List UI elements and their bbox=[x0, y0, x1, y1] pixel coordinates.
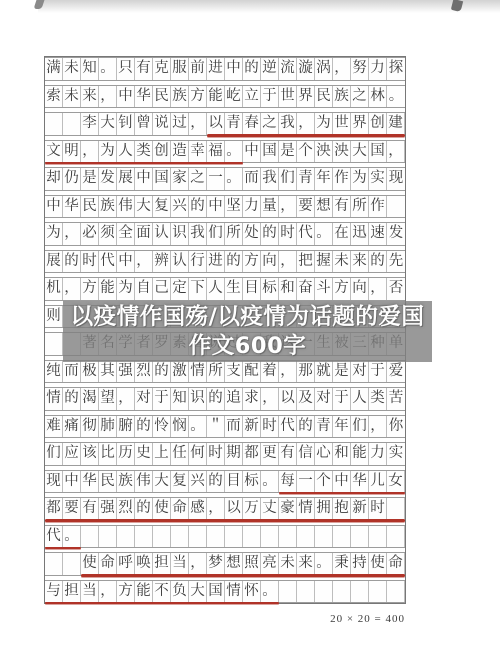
grid-cell: 中 bbox=[63, 471, 81, 493]
grid-cell: 们 bbox=[45, 443, 63, 465]
grid-cell: 兴 bbox=[171, 196, 189, 218]
grid-cell: 望 bbox=[99, 388, 117, 410]
grid-cell bbox=[387, 196, 405, 218]
grid-cell: 想 bbox=[315, 196, 333, 218]
grid-cell: 华 bbox=[135, 86, 153, 108]
grid-cell: 一 bbox=[297, 471, 315, 493]
grid-cell: ， bbox=[387, 141, 405, 163]
grid-cell: 唤 bbox=[135, 553, 153, 575]
grid-cell: 必 bbox=[81, 223, 99, 245]
grid-cell: 目 bbox=[243, 278, 261, 300]
grid-cell: ， bbox=[279, 361, 297, 383]
grid-cell: 时 bbox=[207, 443, 225, 465]
grid-cell: 生 bbox=[225, 278, 243, 300]
grid-cell: 极 bbox=[81, 361, 99, 383]
grid-cell: 目 bbox=[225, 471, 243, 493]
grid-cell: 使 bbox=[153, 498, 171, 520]
grid-cell: 现 bbox=[45, 471, 63, 493]
grid-cell: 我 bbox=[261, 168, 279, 190]
teacher-red-underline bbox=[279, 492, 405, 495]
grid-cell: 不 bbox=[153, 581, 171, 603]
grid-cell: 的 bbox=[63, 251, 81, 273]
grid-cell: 。 bbox=[261, 581, 279, 603]
grid-cell: 年 bbox=[333, 416, 351, 438]
grid-cell: 迅 bbox=[351, 223, 369, 245]
grid-cell: 激 bbox=[171, 361, 189, 383]
grid-cell: 万 bbox=[243, 498, 261, 520]
grid-cell: 族 bbox=[333, 86, 351, 108]
grid-cell: 以 bbox=[225, 498, 243, 520]
grid-cell: 要 bbox=[63, 498, 81, 520]
grid-cell: 认 bbox=[171, 251, 189, 273]
grid-cell: 期 bbox=[225, 443, 243, 465]
grid-cell: 为 bbox=[117, 278, 135, 300]
essay-row: 文明，为人类创造幸福。中国是个泱泱大国， bbox=[45, 140, 405, 164]
grid-cell: 屹 bbox=[225, 86, 243, 108]
grid-cell bbox=[387, 581, 405, 603]
top-edge-shadow bbox=[38, 0, 500, 13]
grid-cell: 代 bbox=[279, 416, 297, 438]
essay-row: 们应该比历史上任何时期都更有信心和能力实 bbox=[45, 442, 405, 466]
grid-cell: 我 bbox=[279, 113, 297, 135]
grid-cell: 奋 bbox=[297, 278, 315, 300]
overlay-title-line2: 作文600字 bbox=[189, 332, 306, 361]
grid-cell: 造 bbox=[171, 141, 189, 163]
grid-cell: 。 bbox=[225, 141, 243, 163]
grid-cell: 的 bbox=[243, 58, 261, 80]
grid-cell: 世 bbox=[333, 113, 351, 135]
grid-cell: 未 bbox=[279, 553, 297, 575]
essay-row: 李大钊曾说过，以青春之我，为世界创建 bbox=[45, 112, 405, 136]
grid-cell: 向 bbox=[261, 251, 279, 273]
essay-row: 中华民族伟大复兴的中坚力量，要想有所作 bbox=[45, 195, 405, 219]
grid-cell: 担 bbox=[153, 553, 171, 575]
grid-cell: 大 bbox=[189, 581, 207, 603]
grid-cell: 使 bbox=[369, 553, 387, 575]
grid-cell: 全 bbox=[117, 223, 135, 245]
grid-cell: 代 bbox=[99, 251, 117, 273]
grid-cell: 所 bbox=[225, 223, 243, 245]
grid-cell: 民 bbox=[99, 471, 117, 493]
grid-cell: 于 bbox=[261, 86, 279, 108]
grid-cell: ， bbox=[63, 223, 81, 245]
grid-cell: 速 bbox=[369, 223, 387, 245]
grid-cell: 否 bbox=[387, 278, 405, 300]
grid-cell bbox=[81, 526, 99, 548]
grid-cell: 克 bbox=[153, 58, 171, 80]
grid-cell: 中 bbox=[225, 58, 243, 80]
grid-cell: 而 bbox=[243, 168, 261, 190]
overlay-title-line1: 以疫情作国殇/以疫情为话题的爱国 bbox=[71, 303, 425, 332]
essay-row: 为，必须全面认识我们所处的时代。在迅速发 bbox=[45, 222, 405, 246]
grid-cell: 知 bbox=[171, 388, 189, 410]
grid-cell: 处 bbox=[243, 223, 261, 245]
grid-cell: 以 bbox=[279, 388, 297, 410]
grid-cell: 发 bbox=[99, 168, 117, 190]
grid-cell: ， bbox=[189, 553, 207, 575]
grid-cell: 的 bbox=[135, 498, 153, 520]
grid-cell: 持 bbox=[351, 553, 369, 575]
grid-cell: 来 bbox=[351, 251, 369, 273]
grid-cell: 未 bbox=[63, 86, 81, 108]
grid-cell bbox=[99, 526, 117, 548]
grid-cell: ， bbox=[135, 251, 153, 273]
grid-cell: 逆 bbox=[261, 58, 279, 80]
grid-cell: 怜 bbox=[153, 416, 171, 438]
grid-cell: 比 bbox=[99, 443, 117, 465]
grid-cell: 着 bbox=[261, 361, 279, 383]
teacher-red-underline bbox=[81, 574, 405, 577]
grid-cell: 探 bbox=[387, 58, 405, 80]
grid-cell bbox=[225, 526, 243, 548]
essay-row: 展的时代中，辨认行进的方向，把握未来的先 bbox=[45, 250, 405, 274]
grid-cell: 年 bbox=[315, 168, 333, 190]
grid-cell: 过 bbox=[171, 113, 189, 135]
grid-cell: 人 bbox=[117, 141, 135, 163]
grid-cell: 时 bbox=[261, 416, 279, 438]
grid-cell: 方 bbox=[243, 251, 261, 273]
grid-cell: 。 bbox=[261, 471, 279, 493]
grid-cell: 国 bbox=[207, 581, 225, 603]
grid-cell: 一 bbox=[207, 168, 225, 190]
grid-cell: 中 bbox=[207, 196, 225, 218]
grid-cell: 下 bbox=[189, 278, 207, 300]
grid-cell: 华 bbox=[63, 196, 81, 218]
grid-cell: 担 bbox=[63, 581, 81, 603]
grid-cell: 立 bbox=[243, 86, 261, 108]
grid-cell: 泱 bbox=[333, 141, 351, 163]
grid-cell: 痛 bbox=[63, 416, 81, 438]
grid-cell: 认 bbox=[153, 223, 171, 245]
grid-cell: 的 bbox=[297, 416, 315, 438]
grid-cell: 进 bbox=[207, 58, 225, 80]
grid-cell bbox=[117, 526, 135, 548]
grid-cell bbox=[279, 526, 297, 548]
grid-cell: 能 bbox=[135, 581, 153, 603]
grid-cell: 想 bbox=[225, 553, 243, 575]
grid-cell: 界 bbox=[297, 86, 315, 108]
grid-cell: ， bbox=[279, 251, 297, 273]
grid-cell: 涡 bbox=[315, 58, 333, 80]
grid-cell: 华 bbox=[351, 471, 369, 493]
grid-cell: 伟 bbox=[135, 471, 153, 493]
paper-capacity-label: 20 × 20 = 400 bbox=[330, 613, 405, 625]
grid-cell: 中 bbox=[45, 196, 63, 218]
grid-cell: 负 bbox=[171, 581, 189, 603]
grid-cell: 量 bbox=[261, 196, 279, 218]
grid-cell: ， bbox=[369, 416, 387, 438]
grid-cell bbox=[279, 581, 297, 603]
grid-cell: 命 bbox=[99, 553, 117, 575]
grid-cell: 及 bbox=[297, 388, 315, 410]
grid-cell bbox=[369, 526, 387, 548]
grid-cell: 所 bbox=[351, 196, 369, 218]
grid-cell: 配 bbox=[243, 361, 261, 383]
teacher-red-underline bbox=[45, 162, 243, 165]
grid-cell: 心 bbox=[315, 443, 333, 465]
grid-cell: 作 bbox=[333, 168, 351, 190]
grid-cell: 行 bbox=[189, 251, 207, 273]
grid-cell: 是 bbox=[279, 141, 297, 163]
grid-cell: 自 bbox=[135, 278, 153, 300]
grid-cell: 所 bbox=[207, 361, 225, 383]
grid-cell: 豪 bbox=[279, 498, 297, 520]
grid-cell bbox=[315, 526, 333, 548]
grid-cell: 青 bbox=[297, 168, 315, 190]
grid-cell: 大 bbox=[153, 471, 171, 493]
grid-cell: 伟 bbox=[117, 196, 135, 218]
grid-cell bbox=[63, 553, 81, 575]
grid-cell: 呼 bbox=[117, 553, 135, 575]
grid-cell: 创 bbox=[153, 141, 171, 163]
essay-row: 纯而极其强烈的激情所支配着，那就是对于爱 bbox=[45, 360, 405, 384]
grid-cell: 渴 bbox=[81, 388, 99, 410]
grid-cell: 民 bbox=[153, 86, 171, 108]
grid-cell: 有 bbox=[279, 443, 297, 465]
grid-cell: 把 bbox=[297, 251, 315, 273]
grid-cell: 该 bbox=[81, 443, 99, 465]
grid-cell: 为 bbox=[351, 168, 369, 190]
grid-cell: 求 bbox=[243, 388, 261, 410]
grid-cell: 向 bbox=[351, 278, 369, 300]
grid-cell: 作 bbox=[369, 196, 387, 218]
grid-cell: 曾 bbox=[135, 113, 153, 135]
essay-row: 代。 bbox=[45, 525, 405, 549]
grid-cell: 中 bbox=[333, 471, 351, 493]
grid-cell bbox=[63, 113, 81, 135]
grid-cell: 中 bbox=[243, 141, 261, 163]
grid-cell: 。 bbox=[387, 86, 405, 108]
grid-cell: 新 bbox=[243, 416, 261, 438]
grid-cell: 识 bbox=[189, 388, 207, 410]
grid-cell: 索 bbox=[45, 86, 63, 108]
grid-cell: 丈 bbox=[261, 498, 279, 520]
grid-cell: 世 bbox=[279, 86, 297, 108]
grid-cell: ， bbox=[207, 498, 225, 520]
grid-cell: 代 bbox=[45, 526, 63, 548]
grid-cell: 来 bbox=[297, 553, 315, 575]
grid-cell: 方 bbox=[189, 86, 207, 108]
grid-cell: 有 bbox=[135, 58, 153, 80]
grid-cell: 春 bbox=[243, 113, 261, 135]
grid-cell: 拥 bbox=[315, 498, 333, 520]
grid-cell bbox=[351, 526, 369, 548]
essay-row: 都要有强烈的使命感，以万丈豪情拥抱新时 bbox=[45, 497, 405, 521]
grid-cell: 家 bbox=[171, 168, 189, 190]
grid-cell bbox=[333, 526, 351, 548]
grid-cell: 现 bbox=[387, 168, 405, 190]
grid-cell: 满 bbox=[45, 58, 63, 80]
grid-cell: 流 bbox=[279, 58, 297, 80]
grid-cell: 情 bbox=[189, 361, 207, 383]
grid-cell: 未 bbox=[63, 58, 81, 80]
grid-cell: 女 bbox=[387, 471, 405, 493]
grid-cell: 类 bbox=[369, 388, 387, 410]
grid-cell: 机 bbox=[45, 278, 63, 300]
grid-cell: 面 bbox=[135, 223, 153, 245]
grid-cell: 知 bbox=[81, 58, 99, 80]
grid-cell: 感 bbox=[189, 498, 207, 520]
grid-cell: 任 bbox=[171, 443, 189, 465]
grid-cell: 爱 bbox=[387, 361, 405, 383]
grid-cell: 能 bbox=[207, 86, 225, 108]
grid-cell: 抱 bbox=[333, 498, 351, 520]
grid-cell: 展 bbox=[45, 251, 63, 273]
grid-cell: 坚 bbox=[225, 196, 243, 218]
title-overlay-band: 以疫情作国殇/以疫情为话题的爱国 作文600字 bbox=[63, 301, 432, 362]
essay-row: 却仍是发展中国家之一。而我们青年作为实现 bbox=[45, 167, 405, 191]
grid-cell: 于 bbox=[333, 388, 351, 410]
grid-cell: 说 bbox=[153, 113, 171, 135]
grid-cell: 个 bbox=[315, 471, 333, 493]
grid-cell: 都 bbox=[45, 498, 63, 520]
teacher-red-underline bbox=[45, 519, 405, 522]
grid-cell bbox=[261, 526, 279, 548]
grid-cell: 追 bbox=[225, 388, 243, 410]
grid-cell: 复 bbox=[153, 196, 171, 218]
grid-cell: 信 bbox=[297, 443, 315, 465]
grid-cell: 时 bbox=[81, 251, 99, 273]
grid-cell bbox=[243, 526, 261, 548]
teacher-red-underline bbox=[207, 134, 405, 137]
grid-cell: 命 bbox=[171, 498, 189, 520]
grid-cell: 为 bbox=[315, 113, 333, 135]
grid-cell: 前 bbox=[189, 58, 207, 80]
grid-cell: ， bbox=[333, 58, 351, 80]
grid-cell: 服 bbox=[171, 58, 189, 80]
grid-cell bbox=[45, 113, 63, 135]
grid-cell: 只 bbox=[117, 58, 135, 80]
grid-cell: 的 bbox=[63, 388, 81, 410]
grid-cell: 大 bbox=[351, 141, 369, 163]
grid-cell: 史 bbox=[135, 443, 153, 465]
grid-cell: 腑 bbox=[117, 416, 135, 438]
grid-cell: 未 bbox=[333, 251, 351, 273]
grid-cell: 悯 bbox=[171, 416, 189, 438]
grid-cell: 情 bbox=[225, 581, 243, 603]
grid-cell: 时 bbox=[279, 223, 297, 245]
grid-cell: 的 bbox=[261, 223, 279, 245]
grid-cell: 梦 bbox=[207, 553, 225, 575]
grid-cell: 在 bbox=[333, 223, 351, 245]
grid-cell: 们 bbox=[279, 168, 297, 190]
grid-cell bbox=[153, 526, 171, 548]
grid-cell bbox=[297, 581, 315, 603]
grid-cell: 方 bbox=[117, 581, 135, 603]
teacher-red-underline bbox=[45, 547, 81, 550]
grid-cell: 力 bbox=[369, 58, 387, 80]
grid-cell: 。 bbox=[99, 58, 117, 80]
grid-cell: 。 bbox=[225, 168, 243, 190]
grid-cell: ， bbox=[99, 581, 117, 603]
grid-cell bbox=[387, 498, 405, 520]
essay-row: 机，方能为自己定下人生目标和奋斗方向，否 bbox=[45, 277, 405, 301]
grid-cell: 时 bbox=[369, 498, 387, 520]
grid-cell: 为 bbox=[45, 223, 63, 245]
grid-cell: 力 bbox=[243, 196, 261, 218]
grid-cell: 林 bbox=[369, 86, 387, 108]
grid-cell: 强 bbox=[99, 498, 117, 520]
grid-cell: 。 bbox=[189, 416, 207, 438]
grid-cell: 都 bbox=[243, 443, 261, 465]
grid-cell: 族 bbox=[99, 196, 117, 218]
grid-cell: 人 bbox=[351, 388, 369, 410]
grid-cell: 仍 bbox=[63, 168, 81, 190]
grid-cell: ， bbox=[297, 113, 315, 135]
grid-cell: 福 bbox=[207, 141, 225, 163]
grid-cell: 有 bbox=[333, 196, 351, 218]
grid-cell: 对 bbox=[315, 388, 333, 410]
grid-cell: 先 bbox=[387, 251, 405, 273]
grid-cell: 每 bbox=[279, 471, 297, 493]
grid-cell: 发 bbox=[387, 223, 405, 245]
grid-cell bbox=[171, 526, 189, 548]
grid-cell: 复 bbox=[171, 471, 189, 493]
grid-cell bbox=[315, 581, 333, 603]
essay-row: 情的渴望，对于知识的追求，以及对于人类苦 bbox=[45, 387, 405, 411]
essay-row: 使命呼唤担当，梦想照亮未来。秉持使命 bbox=[45, 552, 405, 576]
grid-cell: ， bbox=[81, 141, 99, 163]
grid-cell: 我 bbox=[189, 223, 207, 245]
grid-cell: 更 bbox=[261, 443, 279, 465]
grid-cell: 亮 bbox=[261, 553, 279, 575]
grid-cell: ， bbox=[279, 196, 297, 218]
grid-cell: 为 bbox=[99, 141, 117, 163]
grid-cell: 的 bbox=[207, 471, 225, 493]
grid-cell bbox=[351, 581, 369, 603]
grid-cell: 代 bbox=[297, 223, 315, 245]
grid-cell: 与 bbox=[45, 581, 63, 603]
grid-cell: 对 bbox=[351, 361, 369, 383]
grid-cell: 那 bbox=[297, 361, 315, 383]
grid-cell: 方 bbox=[81, 278, 99, 300]
grid-cell: 其 bbox=[99, 361, 117, 383]
grid-cell: ， bbox=[99, 86, 117, 108]
grid-cell: 烈 bbox=[135, 361, 153, 383]
grid-cell: 方 bbox=[333, 278, 351, 300]
grid-cell: 和 bbox=[333, 443, 351, 465]
grid-cell: 是 bbox=[333, 361, 351, 383]
grid-cell: 而 bbox=[225, 416, 243, 438]
grid-cell: 界 bbox=[351, 113, 369, 135]
grid-cell: 创 bbox=[369, 113, 387, 135]
grid-cell: 烈 bbox=[117, 498, 135, 520]
grid-cell: 苦 bbox=[387, 388, 405, 410]
grid-cell: 握 bbox=[315, 251, 333, 273]
grid-cell: 实 bbox=[387, 443, 405, 465]
grid-cell bbox=[45, 553, 63, 575]
grid-cell: 中 bbox=[117, 86, 135, 108]
essay-row: 索未来，中华民族方能屹立于世界民族之林。 bbox=[45, 85, 405, 109]
grid-cell: 新 bbox=[351, 498, 369, 520]
grid-cell: 国 bbox=[153, 168, 171, 190]
grid-cell: 族 bbox=[171, 86, 189, 108]
grid-cell: 而 bbox=[63, 361, 81, 383]
grid-cell: 的 bbox=[153, 361, 171, 383]
grid-cell: 的 bbox=[135, 416, 153, 438]
grid-cell: 族 bbox=[117, 471, 135, 493]
grid-cell: 青 bbox=[315, 416, 333, 438]
grid-cell: 情 bbox=[45, 388, 63, 410]
grid-cell: 之 bbox=[261, 113, 279, 135]
grid-cell: 中 bbox=[135, 168, 153, 190]
grid-cell: 有 bbox=[81, 498, 99, 520]
grid-cell: 进 bbox=[207, 251, 225, 273]
grid-cell: 强 bbox=[117, 361, 135, 383]
grid-cell: 你 bbox=[387, 416, 405, 438]
grid-cell: 能 bbox=[351, 443, 369, 465]
grid-cell: 国 bbox=[261, 141, 279, 163]
